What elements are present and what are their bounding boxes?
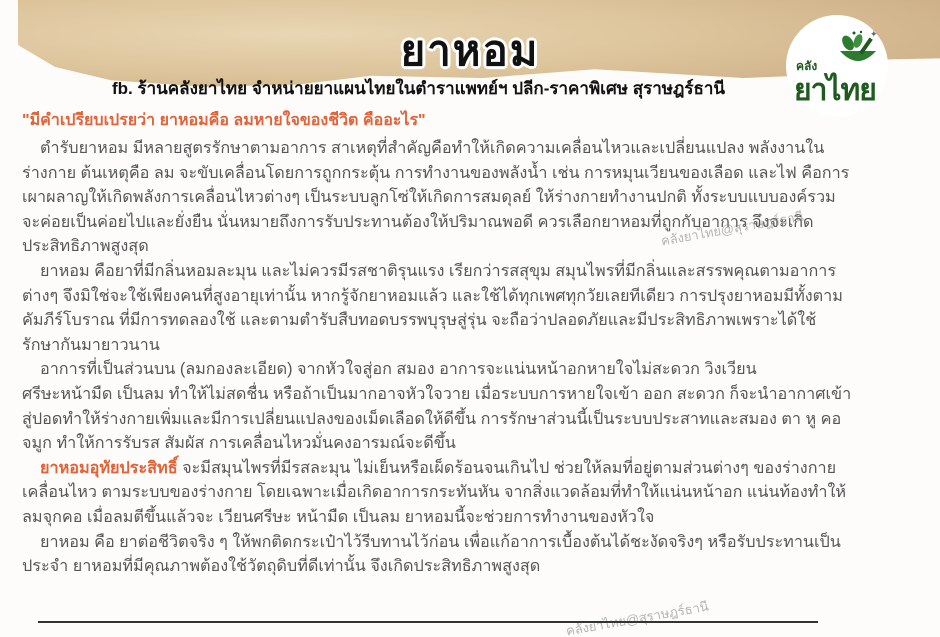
text-line: ประจำ ยาหอมที่มีคุณภาพต้องใช้วัตถุดิบที่…: [22, 554, 882, 579]
text-line: ยาหอมอุทัยประสิทธิ์ จะมีสมุนไพรที่มีรสละ…: [22, 456, 882, 481]
mortar-pestle-herb-icon: ✦: [836, 29, 880, 71]
divider-line: [38, 621, 818, 623]
paragraph-3: อาการที่เป็นส่วนบน (ลมกองละเอียด) จากหัว…: [22, 357, 882, 455]
text-line: สู่ปอดทำให้ร่างกายเพิ่มและมีการเปลี่ยนแป…: [22, 407, 882, 432]
text-line: เคลื่อนไหว ตามระบบของร่างกาย โดยเฉพาะเมื…: [22, 480, 882, 505]
paragraph-4: ยาหอมอุทัยประสิทธิ์ จะมีสมุนไพรที่มีรสละ…: [22, 456, 882, 530]
text-line: คัมภีร์โบราณ ที่มีการทดลองใช้ และตามตำรั…: [22, 308, 882, 333]
paragraph-2: ยาหอม คือยาที่มีกลิ่นหอมละมุน และไม่ควรม…: [22, 259, 882, 357]
text-line: ศรีษะหน้ามืด เป็นลม ทำให้ไม่สดชื่น หรือถ…: [22, 382, 882, 407]
paragraph-5: ยาหอม คือ ยาต่อชีวิตจริง ๆ ให้พกติดกระเป…: [22, 530, 882, 579]
watermark: คลังยาไทย@สุราษฎร์ธานี: [564, 596, 710, 637]
text-line: จมูก ทำให้การรับรส สัมผัส การเคลื่อนไหวม…: [22, 431, 882, 456]
text-line: ตำรับยาหอม มีหลายสูตรรักษาตามอาการ สาเหต…: [22, 136, 882, 161]
text-line: ลมจุกคอ เมื่อลมตีขึ้นแล้วจะ เวียนศรีษะ ห…: [22, 505, 882, 530]
logo-big-text: ยาไทย: [794, 67, 876, 114]
paragraph-1: ตำรับยาหอม มีหลายสูตรรักษาตามอาการ สาเหต…: [22, 136, 882, 259]
shop-subtitle: fb. ร้านคลังยาไทย จำหน่ายยาแผนไทยในตำราแ…: [112, 75, 725, 102]
text-span: จะมีสมุนไพรที่มีรสละมุน ไม่เย็นหรือเผ็ดร…: [178, 459, 836, 477]
text-line: เผาผลาญให้เกิดพลังการเคลื่อนไหวต่างๆ เป็…: [22, 185, 882, 210]
text-line: ต่างๆ จึงมิใช่จะใช้เพียงคนที่สูงอายุเท่า…: [22, 284, 882, 309]
text-line: รักษากันมายาวนาน: [22, 333, 882, 358]
svg-text:✦: ✦: [870, 30, 878, 40]
text-line: ยาหอม คือ ยาต่อชีวิตจริง ๆ ให้พกติดกระเป…: [22, 530, 882, 555]
quote-heading: "มีคำเปรียบเปรยว่า ยาหอมคือ ลมหายใจของชี…: [22, 108, 426, 133]
text-line: ร่างกาย ต้นเหตุคือ ลม จะขับเคลื่อนโดยการ…: [22, 161, 882, 186]
text-line: อาการที่เป็นส่วนบน (ลมกองละเอียด) จากหัว…: [22, 357, 882, 382]
article-body: ตำรับยาหอม มีหลายสูตรรักษาตามอาการ สาเหต…: [22, 136, 882, 579]
shop-logo: ✦ คลัง ยาไทย: [786, 15, 888, 117]
text-line: ยาหอม คือยาที่มีกลิ่นหอมละมุน และไม่ควรม…: [22, 259, 882, 284]
text-line: ประสิทธิภาพสูงสุด: [22, 234, 882, 259]
product-name-highlight: ยาหอมอุทัยประสิทธิ์: [40, 459, 178, 477]
